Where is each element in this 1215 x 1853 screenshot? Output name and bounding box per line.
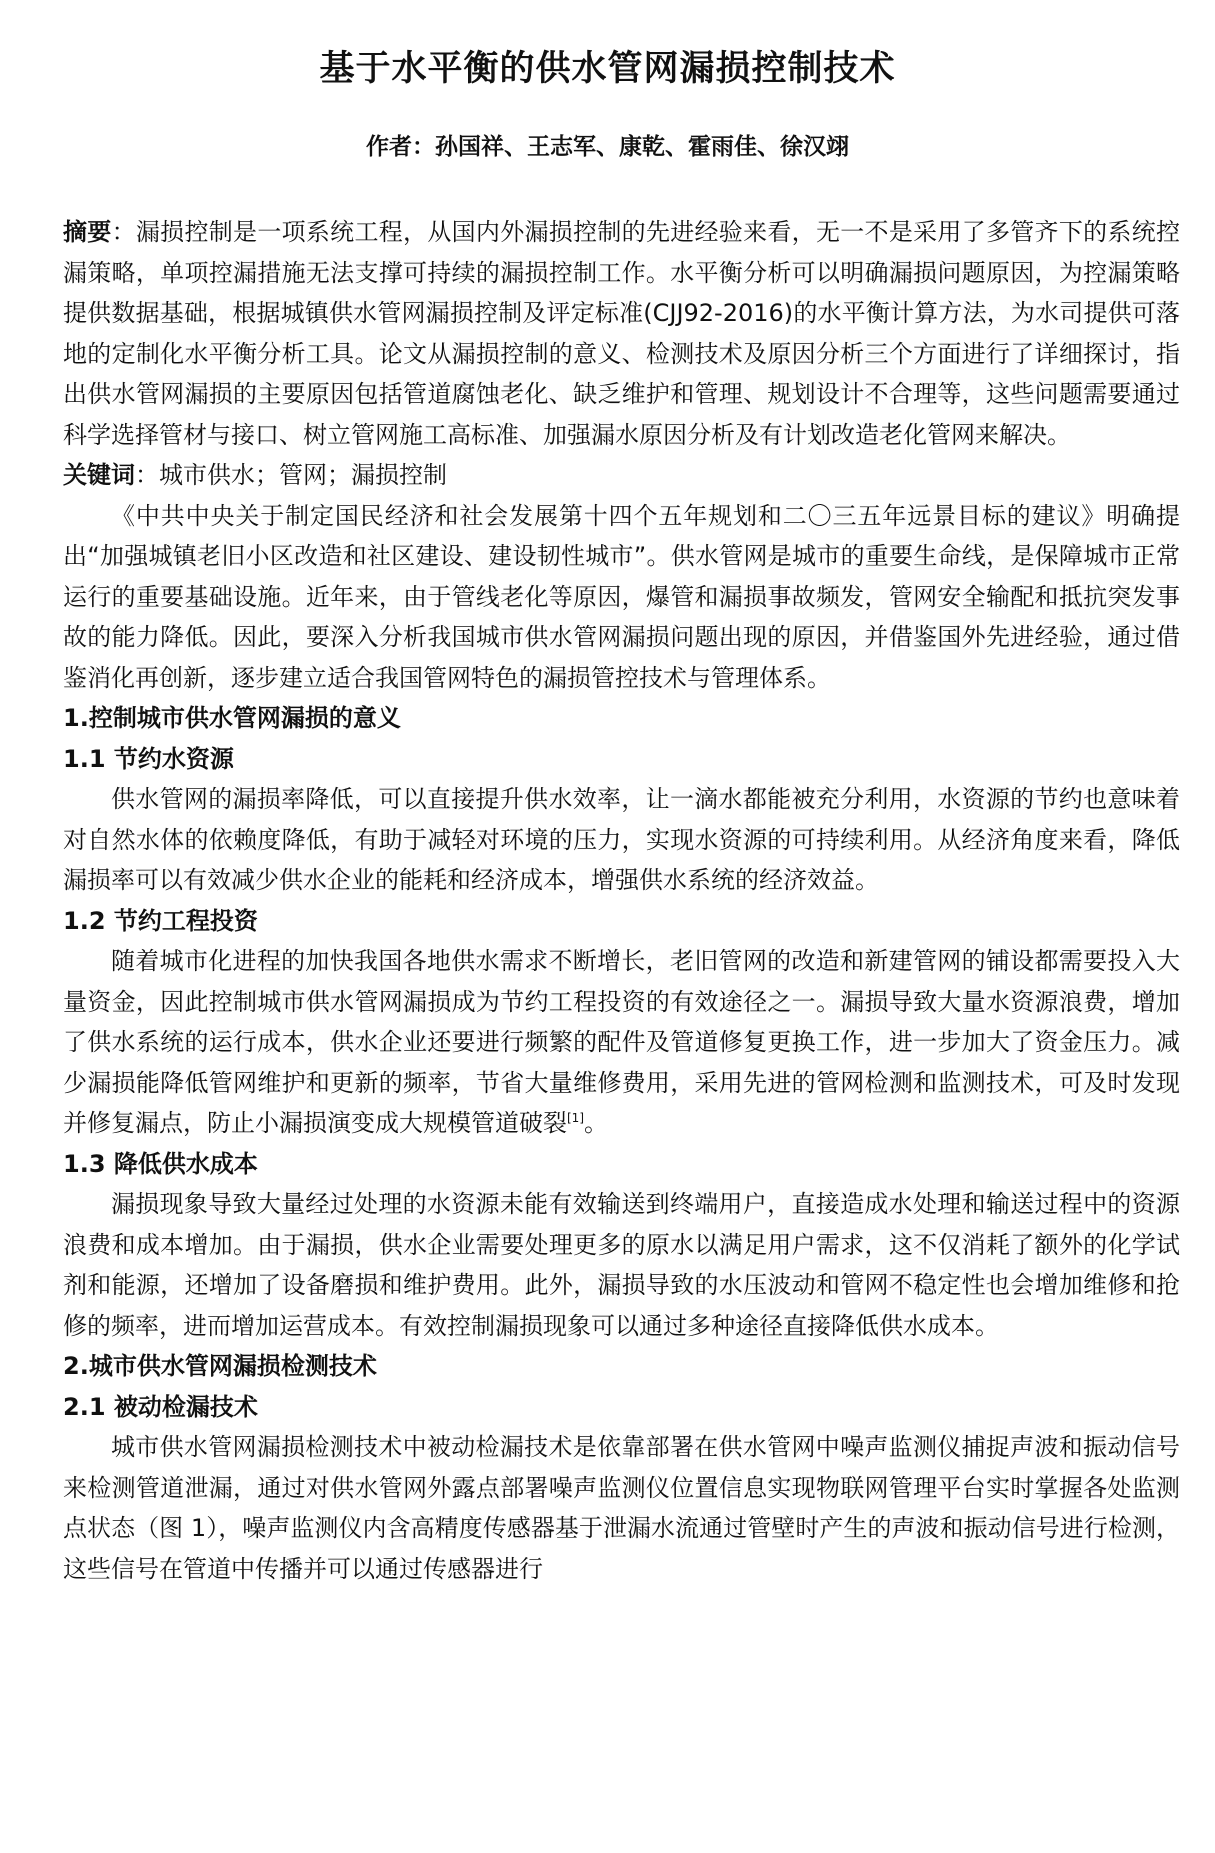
paragraph-1-2-text: 随着城市化进程的加快我国各地供水需求不断增长，老旧管网的改造和新建管网的铺设都需…: [63, 947, 1180, 1137]
abstract: 摘要：漏损控制是一项系统工程，从国内外漏损控制的先进经验来看，无一不是采用了多管…: [63, 212, 1180, 455]
citation-1[interactable]: [1]: [567, 1111, 584, 1125]
paragraph-1-1: 供水管网的漏损率降低，可以直接提升供水效率，让一滴水都能被充分利用，水资源的节约…: [63, 779, 1180, 901]
abstract-separator: ：: [112, 218, 136, 246]
subsection-heading-1-3: 1.3 降低供水成本: [63, 1144, 1180, 1185]
paper-page: 基于水平衡的供水管网漏损控制技术 作者：孙国祥、王志军、康乾、霍雨佳、徐汉翊 摘…: [0, 0, 1215, 1853]
paragraph-1-2: 随着城市化进程的加快我国各地供水需求不断增长，老旧管网的改造和新建管网的铺设都需…: [63, 941, 1180, 1144]
paper-body: 摘要：漏损控制是一项系统工程，从国内外漏损控制的先进经验来看，无一不是采用了多管…: [63, 212, 1180, 1589]
authors-list: 孙国祥、王志军、康乾、霍雨佳、徐汉翊: [435, 134, 849, 160]
paragraph-1-3: 漏损现象导致大量经过处理的水资源未能有效输送到终端用户，直接造成水处理和输送过程…: [63, 1184, 1180, 1346]
author-line: 作者：孙国祥、王志军、康乾、霍雨佳、徐汉翊: [0, 130, 1215, 164]
paper-title: 基于水平衡的供水管网漏损控制技术: [0, 45, 1215, 93]
section-heading-1: 1.控制城市供水管网漏损的意义: [63, 698, 1180, 739]
abstract-label: 摘要: [63, 218, 112, 246]
subsection-heading-1-1: 1.1 节约水资源: [63, 739, 1180, 780]
subsection-heading-1-2: 1.2 节约工程投资: [63, 901, 1180, 942]
abstract-text: 漏损控制是一项系统工程，从国内外漏损控制的先进经验来看，无一不是采用了多管齐下的…: [63, 218, 1180, 449]
keywords-separator: ：: [135, 461, 159, 489]
keywords-label: 关键词: [63, 461, 135, 489]
subsection-heading-2-1: 2.1 被动检漏技术: [63, 1387, 1180, 1428]
keywords-text: 城市供水；管网；漏损控制: [159, 461, 447, 489]
keywords: 关键词：城市供水；管网；漏损控制: [63, 455, 1180, 496]
section-heading-2: 2.城市供水管网漏损检测技术: [63, 1346, 1180, 1387]
paragraph-2-1: 城市供水管网漏损检测技术中被动检漏技术是依靠部署在供水管网中噪声监测仪捕捉声波和…: [63, 1427, 1180, 1589]
authors-label: 作者：: [366, 134, 435, 160]
paragraph-1-2-tail: 。: [584, 1109, 608, 1137]
intro-paragraph: 《中共中央关于制定国民经济和社会发展第十四个五年规划和二〇三五年远景目标的建议》…: [63, 496, 1180, 699]
